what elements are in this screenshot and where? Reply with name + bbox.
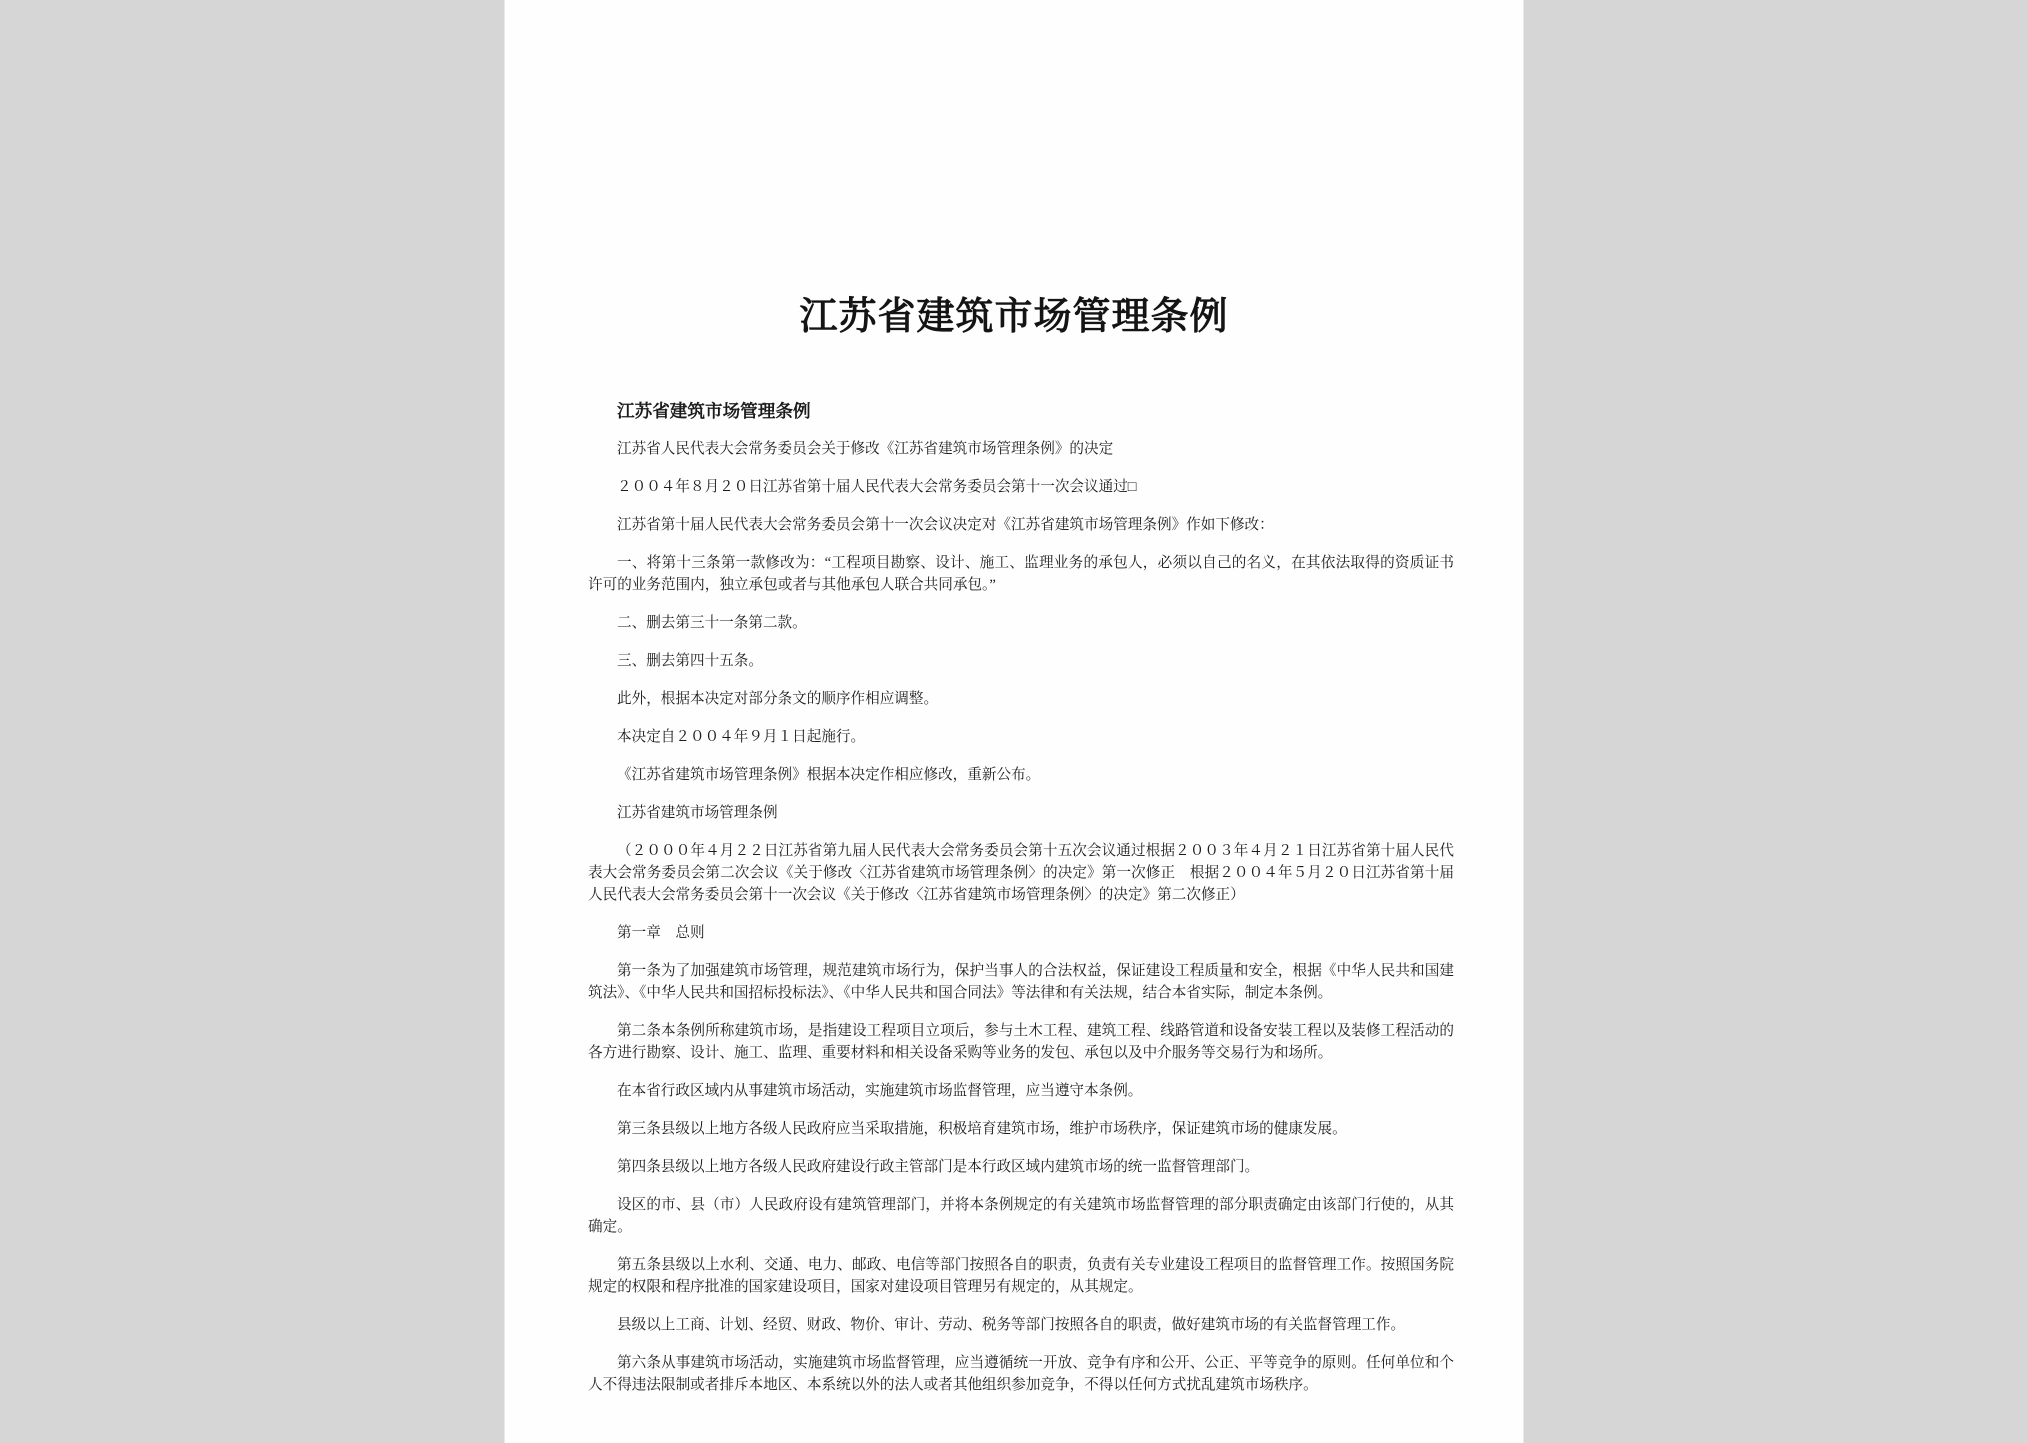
paragraph-3: ２００４年８月２０日江苏省第十届人民代表大会常务委员会第十一次会议通过□: [588, 476, 1454, 498]
document-page: 江苏省建筑市场管理条例 江苏省建筑市场管理条例江苏省人民代表大会常务委员会关于修…: [505, 0, 1523, 1443]
paragraph-8: 此外，根据本决定对部分条文的顺序作相应调整。: [588, 688, 1454, 710]
paragraph-10: 《江苏省建筑市场管理条例》根据本决定作相应修改，重新公布。: [588, 764, 1454, 786]
document-body: 江苏省建筑市场管理条例江苏省人民代表大会常务委员会关于修改《江苏省建筑市场管理条…: [588, 400, 1454, 1396]
paragraph-15: 第二条本条例所称建筑市场，是指建设工程项目立项后，参与土木工程、建筑工程、线路管…: [588, 1020, 1454, 1064]
paragraph-22: 第六条从事建筑市场活动，实施建筑市场监督管理，应当遵循统一开放、竞争有序和公开、…: [588, 1352, 1454, 1396]
paragraph-20: 第五条县级以上水利、交通、电力、邮政、电信等部门按照各自的职责，负责有关专业建设…: [588, 1254, 1454, 1298]
paragraph-5: 一、将第十三条第一款修改为：“工程项目勘察、设计、施工、监理业务的承包人，必须以…: [588, 552, 1454, 596]
document-title: 江苏省建筑市场管理条例: [505, 293, 1523, 341]
paragraph-1: 江苏省建筑市场管理条例: [588, 400, 1454, 422]
paragraph-4: 江苏省第十届人民代表大会常务委员会第十一次会议决定对《江苏省建筑市场管理条例》作…: [588, 514, 1454, 536]
paragraph-9: 本决定自２００４年９月１日起施行。: [588, 726, 1454, 748]
paragraph-16: 在本省行政区域内从事建筑市场活动，实施建筑市场监督管理，应当遵守本条例。: [588, 1080, 1454, 1102]
paragraph-6: 二、删去第三十一条第二款。: [588, 612, 1454, 634]
paragraph-7: 三、删去第四十五条。: [588, 650, 1454, 672]
paragraph-2: 江苏省人民代表大会常务委员会关于修改《江苏省建筑市场管理条例》的决定: [588, 438, 1454, 460]
paragraph-12: （２０００年４月２２日江苏省第九届人民代表大会常务委员会第十五次会议通过根据２０…: [588, 840, 1454, 906]
paragraph-17: 第三条县级以上地方各级人民政府应当采取措施，积极培育建筑市场，维护市场秩序，保证…: [588, 1118, 1454, 1140]
paragraph-11: 江苏省建筑市场管理条例: [588, 802, 1454, 824]
paragraph-14: 第一条为了加强建筑市场管理，规范建筑市场行为，保护当事人的合法权益，保证建设工程…: [588, 960, 1454, 1004]
paragraph-19: 设区的市、县（市）人民政府设有建筑管理部门，并将本条例规定的有关建筑市场监督管理…: [588, 1194, 1454, 1238]
paragraph-13: 第一章 总则: [588, 922, 1454, 944]
paragraph-18: 第四条县级以上地方各级人民政府建设行政主管部门是本行政区域内建筑市场的统一监督管…: [588, 1156, 1454, 1178]
paragraph-21: 县级以上工商、计划、经贸、财政、物价、审计、劳动、税务等部门按照各自的职责，做好…: [588, 1314, 1454, 1336]
